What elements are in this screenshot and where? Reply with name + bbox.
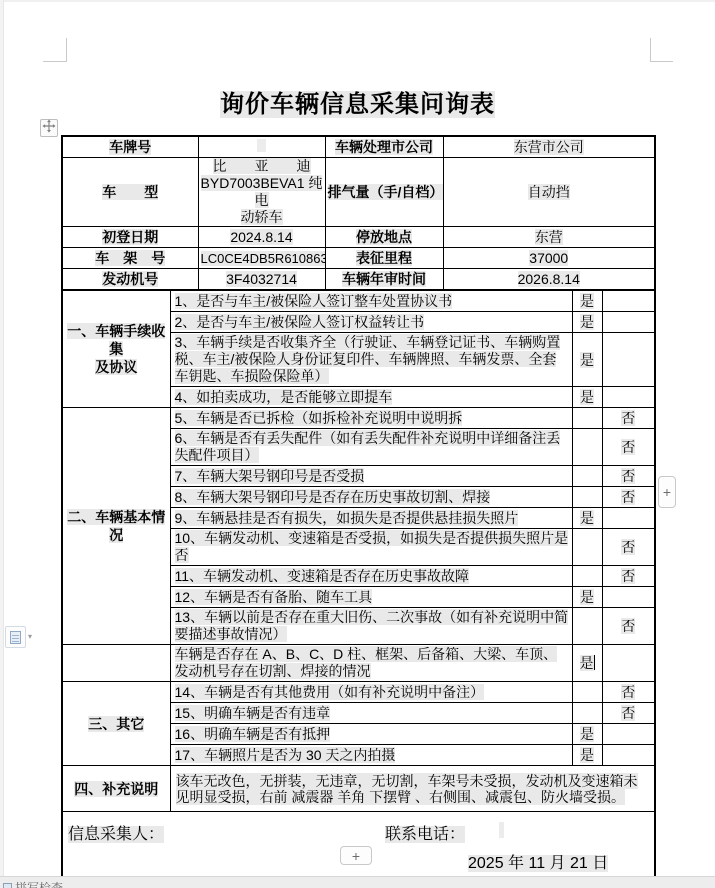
empty-field-shading (499, 822, 504, 838)
move-arrows-icon (42, 119, 56, 138)
answer-yes-cell[interactable]: 是 (572, 312, 602, 333)
answer-yes-cell[interactable]: 是 (572, 724, 602, 745)
table-row: 发动机号 3F4032714 车辆年审时间 2026.8.14 (63, 269, 654, 290)
question-cell[interactable]: 2、是否与车主/被保险人签订权益转让书 (170, 312, 572, 333)
add-row-button[interactable]: + (340, 846, 372, 865)
answer-no-cell[interactable] (602, 508, 654, 529)
paste-options-dropdown-icon[interactable]: ▾ (28, 632, 32, 641)
model-label-cell[interactable]: 车 型 (63, 158, 198, 227)
answer-yes-cell[interactable] (572, 429, 602, 466)
question-cell[interactable]: 3、车辆手续是否收集齐全（行驶证、车辆登记证书、车辆购置税、车主/被保险人身份证… (170, 333, 572, 387)
question-cell[interactable]: 6、车辆是否有丢失配件（如有丢失配件补充说明中详细备注丢失配件项目） (170, 429, 572, 466)
paste-options-button[interactable] (5, 626, 26, 648)
answer-yes-cell[interactable] (572, 608, 602, 645)
category-supplement-cell[interactable]: 四、补充说明 (63, 766, 170, 812)
vehicle-form-table: 车牌号 车辆处理市公司 东营市公司 车 型 比 亚 迪 BYD7003BEVA1… (61, 135, 656, 882)
first-registration-label-cell[interactable]: 初登日期 (63, 227, 198, 248)
parking-place-label-cell[interactable]: 停放地点 (325, 227, 443, 248)
question-row: 三、其它 14、车辆是否有其他费用（如有补充说明中备注） 否 (63, 682, 654, 703)
page-left-edge (0, 0, 4, 876)
answer-yes-cell[interactable] (572, 408, 602, 429)
question-cell[interactable]: 17、车辆照片是否为 30 天之内拍摄 (170, 745, 572, 766)
vehicle-info-table: 车牌号 车辆处理市公司 东营市公司 车 型 比 亚 迪 BYD7003BEVA1… (63, 137, 654, 290)
question-cell[interactable]: 11、车辆发动机、变速箱是否存在历史事故故障 (170, 566, 572, 587)
answer-no-cell[interactable]: 否 (602, 703, 654, 724)
answer-no-cell[interactable]: 否 (602, 466, 654, 487)
answer-yes-cell[interactable]: 是 (572, 387, 602, 408)
question-row: 车辆是否存在 A、B、C、D 柱、框架、后备箱、大梁、车顶、发动机号存在切割、焊… (63, 645, 654, 682)
question-cell[interactable]: 4、如拍卖成功，是否能够立即提车 (170, 387, 572, 408)
answer-yes-cell[interactable]: 是 (572, 587, 602, 608)
vin-label-cell[interactable]: 车 架 号 (63, 248, 198, 269)
answer-yes-cell[interactable] (572, 487, 602, 508)
answer-yes-cell[interactable] (572, 682, 602, 703)
spellcheck-icon (3, 883, 12, 888)
parking-place-value-cell[interactable]: 东营 (443, 227, 654, 248)
answer-yes-cell[interactable]: 是 (572, 333, 602, 387)
status-bar-text: 拼写检查 (15, 881, 63, 888)
add-column-button[interactable]: + (658, 476, 676, 508)
answer-yes-cell[interactable]: 是 (572, 745, 602, 766)
plus-icon: + (352, 849, 360, 863)
answer-yes-cell[interactable]: 是 (572, 645, 602, 682)
answer-no-cell[interactable] (602, 745, 654, 766)
table-row: 车牌号 车辆处理市公司 东营市公司 (63, 137, 654, 158)
mileage-value-cell[interactable]: 37000 (443, 248, 654, 269)
category-procedures-cell[interactable]: 一、车辆手续收集 及协议 (63, 291, 170, 408)
status-bar-item[interactable]: 拼写检查 (3, 879, 63, 888)
plate-number-value-cell[interactable] (198, 137, 325, 158)
question-cell[interactable]: 1、是否与车主/被保险人签订整车处置协议书 (170, 291, 572, 312)
gearbox-value-cell[interactable]: 自动挡 (443, 158, 654, 227)
answer-yes-cell[interactable] (572, 566, 602, 587)
engine-number-value-cell[interactable]: 3F4032714 (198, 269, 325, 290)
table-move-handle[interactable] (40, 119, 58, 137)
question-cell[interactable]: 10、车辆发动机、变速箱是否受损，如损失是否提供损失照片是否 (170, 529, 572, 566)
date-text[interactable]: 2025 年 11 月 21 日 (468, 850, 608, 873)
question-cell[interactable]: 9、车辆悬挂是否有损失，如损失是否提供悬挂损失照片 (170, 508, 572, 529)
answer-no-cell[interactable]: 否 (602, 566, 654, 587)
question-cell[interactable]: 12、车辆是否有备胎、随车工具 (170, 587, 572, 608)
document-page: ▾ 询价车辆信息采集问询表 车牌号 车辆处理市公司 东营市公司 车 型 比 亚 … (0, 0, 715, 888)
mileage-label-cell[interactable]: 表征里程 (325, 248, 443, 269)
answer-no-cell[interactable]: 否 (602, 429, 654, 466)
plus-icon: + (663, 485, 671, 499)
answer-yes-cell[interactable]: 是 (572, 508, 602, 529)
crop-mark-top-left (43, 61, 67, 62)
supplement-text-cell[interactable]: 该车无改色，无拼装，无违章，无切割，车架号未受损，发动机及变速箱未见明显受损，右… (170, 766, 654, 812)
answer-no-cell[interactable] (602, 587, 654, 608)
category-empty-cell[interactable] (63, 645, 170, 682)
category-other-cell[interactable]: 三、其它 (63, 682, 170, 766)
page-top-edge (0, 0, 715, 2)
answer-no-cell[interactable] (602, 645, 654, 682)
table-row: 车 型 比 亚 迪 BYD7003BEVA1 纯电 动轿车 排气量（手/自档） … (63, 158, 654, 227)
answer-yes-cell[interactable]: 是 (572, 291, 602, 312)
answer-yes-cell[interactable] (572, 703, 602, 724)
text-cursor (594, 655, 595, 670)
status-bar: 拼写检查 (0, 876, 715, 888)
question-row: 一、车辆手续收集 及协议 1、是否与车主/被保险人签订整车处置协议书 是 (63, 291, 654, 312)
answer-no-cell[interactable]: 否 (602, 608, 654, 645)
answer-no-cell[interactable]: 否 (602, 682, 654, 703)
crop-mark-top-left (66, 38, 67, 62)
crop-mark-top-right (650, 61, 673, 62)
phone-label[interactable]: 联系电话： (385, 821, 465, 844)
empty-field-shading (257, 139, 266, 152)
supplement-row: 四、补充说明 该车无改色，无拼装，无违章，无切割，车架号未受损，发动机及变速箱未… (63, 766, 654, 812)
question-cell[interactable]: 5、车辆是否已拆检（如拆检补充说明中说明拆 (170, 408, 572, 429)
plate-number-label-cell[interactable]: 车牌号 (63, 137, 198, 158)
question-cell[interactable]: 7、车辆大架号钢印号是否受损 (170, 466, 572, 487)
clipboard-icon (10, 631, 21, 644)
answer-no-cell[interactable] (602, 333, 654, 387)
questions-table: 一、车辆手续收集 及协议 1、是否与车主/被保险人签订整车处置协议书 是 2、是… (63, 290, 654, 812)
model-value-cell[interactable]: 比 亚 迪 BYD7003BEVA1 纯电 动轿车 (198, 158, 325, 227)
table-row: 车 架 号 LC0CE4DB5R6108633 表征里程 37000 (63, 248, 654, 269)
answer-yes-cell[interactable] (572, 529, 602, 566)
annual-inspection-value-cell[interactable]: 2026.8.14 (443, 269, 654, 290)
question-cell[interactable]: 13、车辆以前是否存在重大旧伤、二次事故（如有补充说明中简要描述事故情况） (170, 608, 572, 645)
answer-no-cell[interactable] (602, 387, 654, 408)
answer-no-cell[interactable] (602, 312, 654, 333)
handling-company-value-cell[interactable]: 东营市公司 (443, 137, 654, 158)
engine-number-label-cell[interactable]: 发动机号 (63, 269, 198, 290)
annual-inspection-label-cell[interactable]: 车辆年审时间 (325, 269, 443, 290)
question-row: 二、车辆基本情况 5、车辆是否已拆检（如拆检补充说明中说明拆 否 (63, 408, 654, 429)
first-registration-value-cell[interactable]: 2024.8.14 (198, 227, 325, 248)
page-title: 询价车辆信息采集问询表 (0, 84, 715, 119)
vin-value-cell[interactable]: LC0CE4DB5R6108633 (198, 248, 325, 269)
question-cell[interactable]: 8、车辆大架号钢印号是否存在历史事故切割、焊接 (170, 487, 572, 508)
question-cell[interactable]: 15、明确车辆是否有违章 (170, 703, 572, 724)
table-row: 初登日期 2024.8.14 停放地点 东营 (63, 227, 654, 248)
question-cell[interactable]: 16、明确车辆是否有抵押 (170, 724, 572, 745)
answer-no-cell[interactable]: 否 (602, 487, 654, 508)
displacement-label-cell[interactable]: 排气量（手/自档） (325, 158, 443, 227)
answer-no-cell[interactable]: 否 (602, 529, 654, 566)
answer-yes-cell[interactable] (572, 466, 602, 487)
collector-label[interactable]: 信息采集人： (68, 821, 164, 844)
crop-mark-top-right (650, 38, 651, 62)
question-cell[interactable]: 14、车辆是否有其他费用（如有补充说明中备注） (170, 682, 572, 703)
answer-no-cell[interactable] (602, 291, 654, 312)
answer-no-cell[interactable] (602, 724, 654, 745)
answer-no-cell[interactable]: 否 (602, 408, 654, 429)
category-basic-condition-cell[interactable]: 二、车辆基本情况 (63, 408, 170, 645)
handling-company-label-cell[interactable]: 车辆处理市公司 (325, 137, 443, 158)
question-cell[interactable]: 车辆是否存在 A、B、C、D 柱、框架、后备箱、大梁、车顶、发动机号存在切割、焊… (170, 645, 572, 682)
